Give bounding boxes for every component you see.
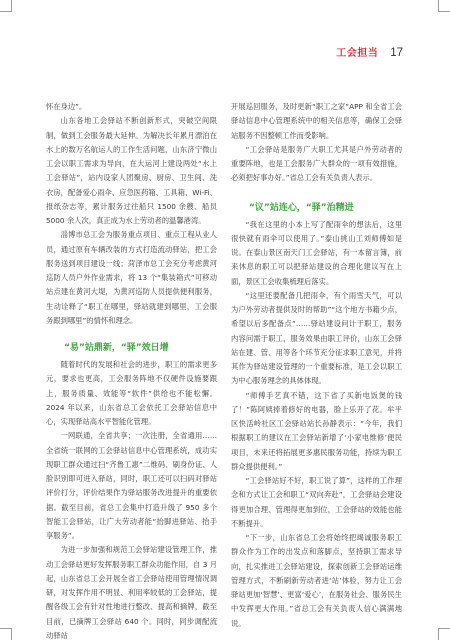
right-column: 开展巡回服务，及时更新“职工之家”APP 和全省工会驿站信息中心管理系统中的相关… <box>231 100 402 631</box>
paragraph: “下一步，山东省总工会将始终把竭诚服务职工群众作为工作的出发点和落脚点，坚持职工… <box>231 531 402 631</box>
page-header: 工会担当 17 <box>336 44 403 59</box>
crop-mark-top-left <box>0 0 12 12</box>
subheading: “议”站连心，“驿”治精进 <box>231 201 402 215</box>
paragraph: 为进一步加强和规范工会驿站建设管理工作，推动工会驿站更好发挥服务职工群众功能作用… <box>46 543 217 640</box>
paragraph: 开展巡回服务，及时更新“职工之家”APP 和全省工会驿站信息中心管理系统中的相关… <box>231 100 402 143</box>
paragraph: 随着时代的发展和社会的进步，职工的需求更多元，要求也更高，工会服务阵地不仅硬件设… <box>46 358 217 429</box>
paragraph: “我在这里的小本上写了配雨伞的想法后，这里很快就有雨伞可以使用了。”泰山挑山工刘… <box>231 218 402 289</box>
crop-mark-top-right <box>438 0 450 12</box>
section-title: 工会担当 <box>336 44 378 59</box>
paragraph: 淄博市总工会为服务重点项目、重点工程从业人员，通过原有车辆改装的方式打造流动驿站… <box>46 228 217 328</box>
subheading: “易”站鼎新，“驿”效日增 <box>46 341 217 355</box>
paragraph: 怀在身边”。 <box>46 100 217 114</box>
paragraph: “工会驿站好不好，职工说了算”，这样的工作理念和方式让工会和职工“双向奔赴”，工… <box>231 474 402 531</box>
paragraph: “工会驿站是服务广大职工尤其是户外劳动者的重要阵地，也是工会服务广大群众的一项有… <box>231 143 402 186</box>
paragraph: “这里还要配备几把雨伞，有个雨雪天气，可以为户外劳动者提供及时的帮助”“这个地方… <box>231 289 402 389</box>
paragraph: 山东各地工会驿站不断创新形式，突破空间限制，做到工会服务最大延伸。为解决长年累月… <box>46 114 217 228</box>
paragraph: “师傅手艺真不错，这下省了买新电饭煲的钱了！”陈阿姨捧着修好的电器，脸上乐开了花… <box>231 389 402 475</box>
page-number: 17 <box>390 47 403 59</box>
crop-mark-bottom-left <box>0 628 12 640</box>
paragraph: 一网联通，全省共享；一次注册，全省通用……全省统一联网的工会驿站信息中心管理系统… <box>46 429 217 543</box>
crop-mark-bottom-right <box>438 628 450 640</box>
left-column: 怀在身边”。 山东各地工会驿站不断创新形式，突破空间限制，做到工会服务最大延伸。… <box>46 100 217 640</box>
